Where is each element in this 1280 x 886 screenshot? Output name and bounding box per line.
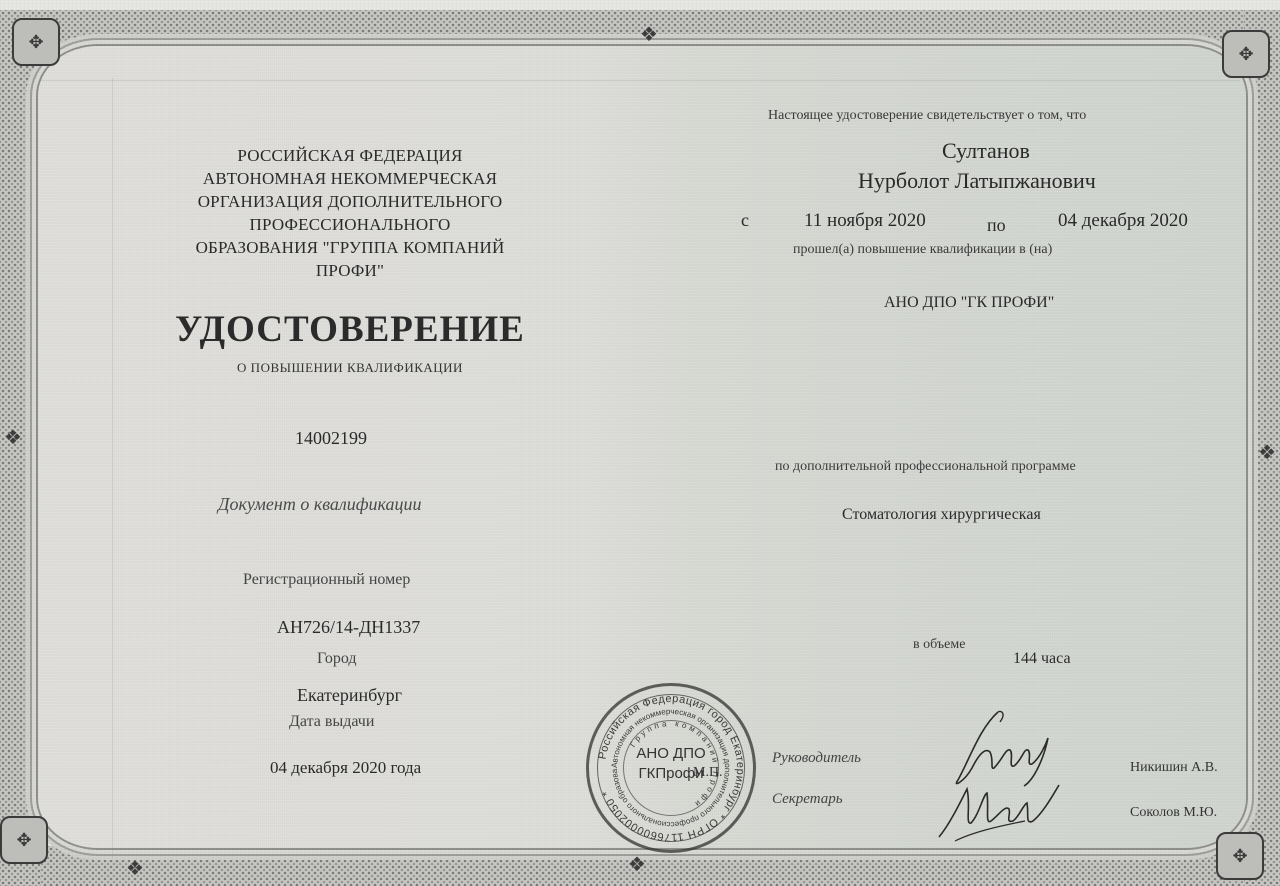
volume-hours: 144 часа [1013,650,1071,668]
svg-text:Группа компаний Профи: Группа компаний Профи [628,719,720,810]
fold-line [112,78,113,858]
signatory-name-secretary: Соколов М.Ю. [1130,805,1217,821]
city: Екатеринбург [297,685,402,706]
certificate-intro: Настоящее удостоверение свидетельствует … [768,108,1086,124]
period-from-date: 11 ноября 2020 [804,210,926,232]
signatory-role-head: Руководитель [772,750,861,767]
document-title: УДОСТОВЕРЕНИЕ [160,308,540,351]
qualification-certificate: ✥ ✥ ✥ ✥ ❖ ❖ ❖ ❖ ❖ РОССИЙСКАЯ ФЕДЕРАЦИЯ А… [0,0,1280,886]
period-to-date: 04 декабря 2020 [1058,210,1188,232]
stamp-center-text: АНО ДПО ГКПрофи [589,744,753,784]
corner-ornament-icon: ✥ [1216,832,1264,880]
signatory-name-head: Никишин А.В. [1130,760,1218,776]
holder-surname: Султанов [942,138,1030,164]
city-label: Город [317,650,357,668]
organization-line: ОБРАЗОВАНИЯ "ГРУППА КОМПАНИЙ [170,236,530,259]
issue-date-label: Дата выдачи [289,713,374,731]
side-ornament-icon: ❖ [126,856,144,880]
program-label: по дополнительной профессиональной прогр… [775,459,1076,475]
signatory-role-secretary: Секретарь [772,791,843,808]
organization-line: ПРОФИ" [170,259,530,282]
training-organization: АНО ДПО "ГК ПРОФИ" [884,294,1054,312]
organization-line: АВТОНОМНАЯ НЕКОММЕРЧЕСКАЯ [170,167,530,190]
holder-given-names: Нурболот Латыпжанович [858,168,1096,194]
stamp-center-line: ГКПрофи [589,764,753,784]
document-type: Документ о квалификации [218,494,422,515]
official-stamp: Российская Федерация город Екатеринбург … [586,683,756,853]
program-name: Стоматология хирургическая [842,506,1041,524]
issue-date: 04 декабря 2020 года [270,758,421,778]
stamp-center-line: АНО ДПО [589,744,753,764]
fold-line-horizontal [40,80,1240,81]
organization-line: ПРОФЕССИОНАЛЬНОГО [170,213,530,236]
training-statement: прошел(а) повышение квалификации в (на) [793,242,1052,258]
stamp-mp-mark: М.П. [693,765,723,781]
side-ornament-icon: ❖ [640,22,658,46]
registration-number-label: Регистрационный номер [243,571,410,589]
side-ornament-icon: ❖ [4,425,22,449]
corner-ornament-icon: ✥ [1222,30,1270,78]
organization-line: ОРГАНИЗАЦИЯ ДОПОЛНИТЕЛЬНОГО [170,190,530,213]
issuing-organization: РОССИЙСКАЯ ФЕДЕРАЦИЯ АВТОНОМНАЯ НЕКОММЕР… [170,144,530,282]
period-from-label: с [741,210,749,231]
document-subtitle: о повышении квалификации [160,360,540,376]
corner-ornament-icon: ✥ [0,816,48,864]
document-number: 14002199 [295,428,367,449]
registration-number: АН726/14-ДН1337 [277,617,420,638]
volume-label: в объеме [913,637,965,653]
corner-ornament-icon: ✥ [12,18,60,66]
side-ornament-icon: ❖ [1258,440,1276,464]
organization-line: РОССИЙСКАЯ ФЕДЕРАЦИЯ [170,144,530,167]
signature-secretary [935,775,1065,845]
period-to-label: по [987,215,1006,236]
side-ornament-icon: ❖ [628,852,646,876]
